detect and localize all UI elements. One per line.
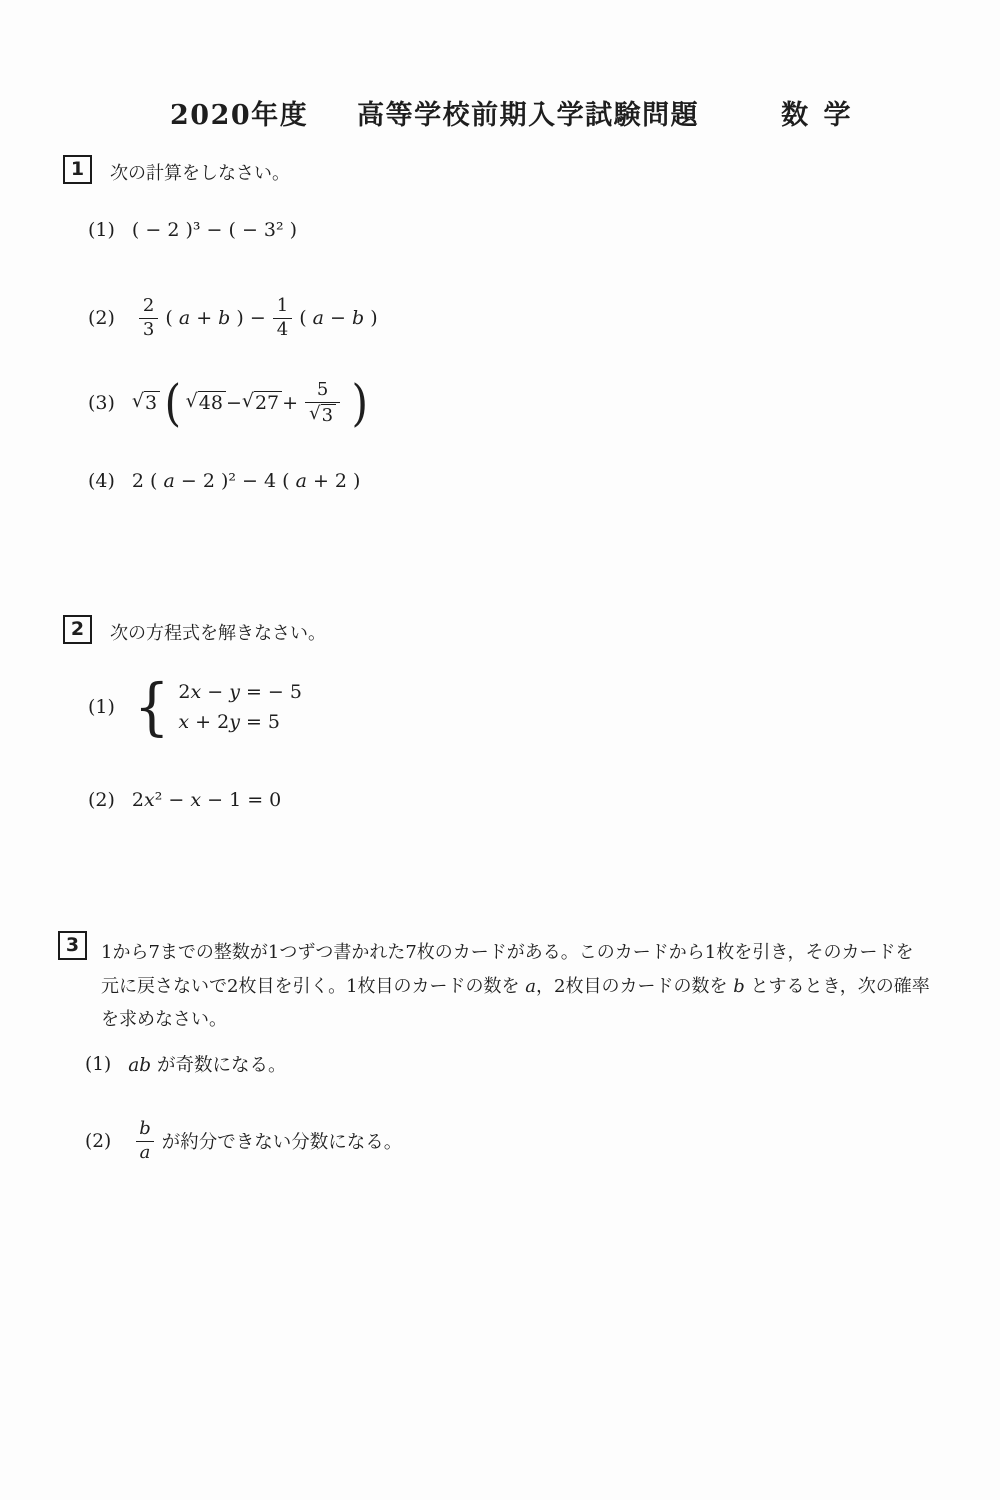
q1-item-1: (1) ( − 2 )³ − ( − 3² ) (88, 219, 297, 241)
q1-item-3: (3) √3 ( √48 − √27 + 5 √3 ) (88, 374, 373, 432)
q3-item-1-label: (1) (85, 1054, 111, 1075)
sqrt-27: √27 (242, 391, 282, 415)
fraction-b-over-a: ba (135, 1118, 155, 1164)
question-2-number: 2 (71, 620, 84, 639)
q3-item-1: (1) ab が奇数になる。 (85, 1051, 286, 1077)
open-paren: ( (165, 381, 182, 426)
q1-item-2-expression: ( a + b ) − (165, 307, 265, 329)
q3-item-1-expression: ab が奇数になる。 (128, 1051, 286, 1077)
q3-item-2: (2) ba が約分できない分数になる。 (85, 1113, 402, 1169)
fraction-two-thirds: 23 (139, 295, 158, 341)
fraction-5-over-sqrt3: 5 √3 (305, 379, 340, 426)
q3-statement-line-1: 1から7までの整数が1つずつ書かれた7枚のカードがある。このカードから1枚を引き… (101, 936, 966, 970)
title-main: 高等学校前期入学試験問題 (357, 100, 699, 131)
q3-statement-line-3: を求めなさい。 (101, 1003, 966, 1037)
system-brace: { (134, 679, 170, 735)
equation-line-1: 2x − y = − 5 (178, 677, 302, 707)
q3-item-2-label: (2) (85, 1131, 111, 1152)
question-3-number-box: 3 (58, 931, 87, 960)
title-subject: 数 学 (781, 100, 853, 131)
q1-item-4-expression: 2 ( a − 2 )² − 4 ( a + 2 ) (132, 470, 361, 492)
q2-item-2: (2) 2x² − x − 1 = 0 (88, 789, 281, 811)
fraction-one-fourth: 14 (273, 295, 292, 341)
question-3-number: 3 (66, 936, 79, 955)
q1-item-3-label: (3) (88, 392, 115, 414)
q1-item-2-expression-tail: ( a − b ) (299, 307, 377, 329)
question-1-number-box: 1 (63, 155, 92, 184)
q3-item-2-text: が約分できない分数になる。 (162, 1128, 403, 1154)
question-1-number: 1 (71, 160, 84, 179)
equation-system: 2x − y = − 5 x + 2y = 5 (178, 677, 302, 737)
close-paren: ) (351, 381, 368, 426)
equation-line-2: x + 2y = 5 (178, 707, 302, 737)
q1-item-1-label: (1) (88, 219, 115, 241)
q1-item-4: (4) 2 ( a − 2 )² − 4 ( a + 2 ) (88, 470, 360, 492)
minus-op: − (226, 392, 242, 414)
title-year: 2020年度 (170, 100, 308, 131)
question-3-statement: 1から7までの整数が1つずつ書かれた7枚のカードがある。このカードから1枚を引き… (101, 936, 966, 1037)
q2-item-1-label: (1) (88, 696, 115, 718)
q2-item-2-label: (2) (88, 789, 115, 811)
question-2-number-box: 2 (63, 615, 92, 644)
q2-item-2-expression: 2x² − x − 1 = 0 (132, 789, 281, 811)
q1-item-1-expression: ( − 2 )³ − ( − 3² ) (132, 219, 297, 241)
question-1-prompt: 次の計算をしなさい。 (110, 159, 290, 185)
q1-item-2: (2) 23 ( a + b ) − 14 ( a − b ) (88, 291, 378, 345)
q1-item-2-label: (2) (88, 307, 115, 329)
q3-statement-line-2: 元に戻さないで2枚目を引く。1枚目のカードの数を a，2枚目のカードの数を b … (101, 970, 966, 1004)
q1-item-4-label: (4) (88, 470, 115, 492)
exam-paper-page: 2020年度高等学校前期入学試験問題数 学 1 次の計算をしなさい。 (1) (… (0, 0, 1000, 1500)
plus-op: + (282, 392, 298, 414)
sqrt-3: √3 (132, 391, 160, 415)
sqrt-48: √48 (186, 391, 226, 415)
page-title: 2020年度高等学校前期入学試験問題数 学 (170, 93, 854, 132)
q2-item-1: (1) { 2x − y = − 5 x + 2y = 5 (88, 672, 302, 742)
sqrt-3-denominator: √3 (309, 404, 336, 427)
question-2-prompt: 次の方程式を解きなさい。 (110, 619, 326, 645)
